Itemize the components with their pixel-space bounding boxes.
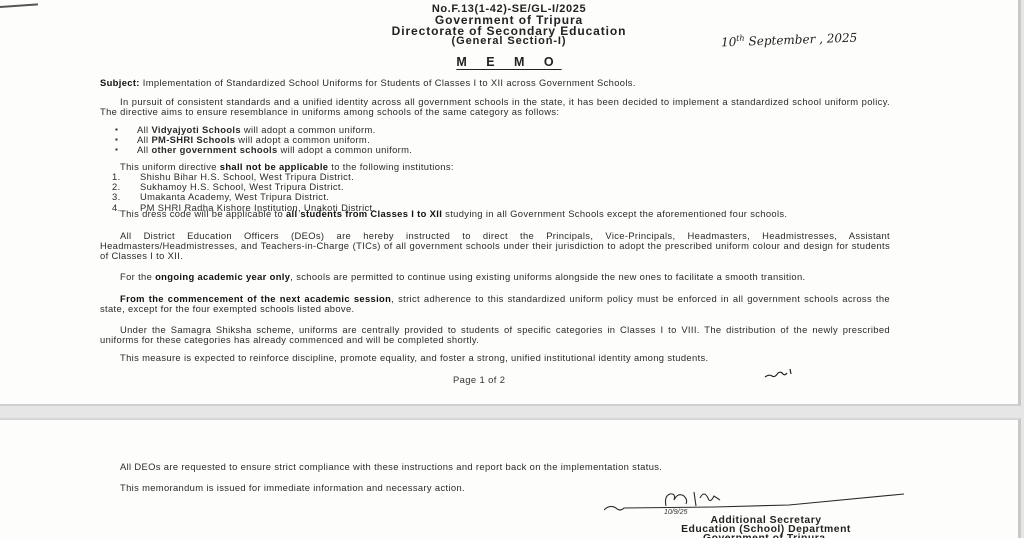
bullet-item: All other government schools will adopt … — [115, 145, 412, 155]
uniform-category-list: All Vidyajyoti Schools will adopt a comm… — [115, 125, 412, 156]
svg-text:10/9/25: 10/9/25 — [664, 509, 687, 514]
applicability-paragraph: This dress code will be applicable to al… — [100, 209, 890, 219]
ongoing-year-paragraph: For the ongoing academic year only, scho… — [100, 272, 890, 282]
signatory-block: Additional Secretary Education (School) … — [596, 516, 936, 538]
exempted-institutions-list: 1.Shishu Bihar H.S. School, West Tripura… — [112, 172, 375, 213]
memo-page-1: No.F.13(1-42)-SE/GL-I/2025 Government of… — [0, 0, 1021, 406]
handwritten-initials-icon — [764, 367, 794, 381]
compliance-paragraph: All DEOs are requested to ensure strict … — [100, 462, 890, 472]
signatory-government: Government of Tripura. — [596, 534, 936, 538]
deo-instruction-paragraph: All District Education Officers (DEOs) a… — [100, 231, 890, 262]
intro-paragraph: In pursuit of consistent standards and a… — [100, 97, 890, 117]
signature-icon: 10/9/25 — [604, 484, 924, 514]
subject-line: Subject: Implementation of Standardized … — [100, 78, 890, 88]
samagra-shiksha-paragraph: Under the Samagra Shiksha scheme, unifor… — [100, 325, 890, 345]
section-name: (General Section-I) — [0, 35, 1018, 47]
page-number: Page 1 of 2 — [453, 374, 505, 385]
measure-paragraph: This measure is expected to reinforce di… — [100, 353, 890, 363]
memo-title: M E M O — [0, 55, 1018, 69]
next-session-paragraph: From the commencement of the next academ… — [100, 294, 890, 314]
